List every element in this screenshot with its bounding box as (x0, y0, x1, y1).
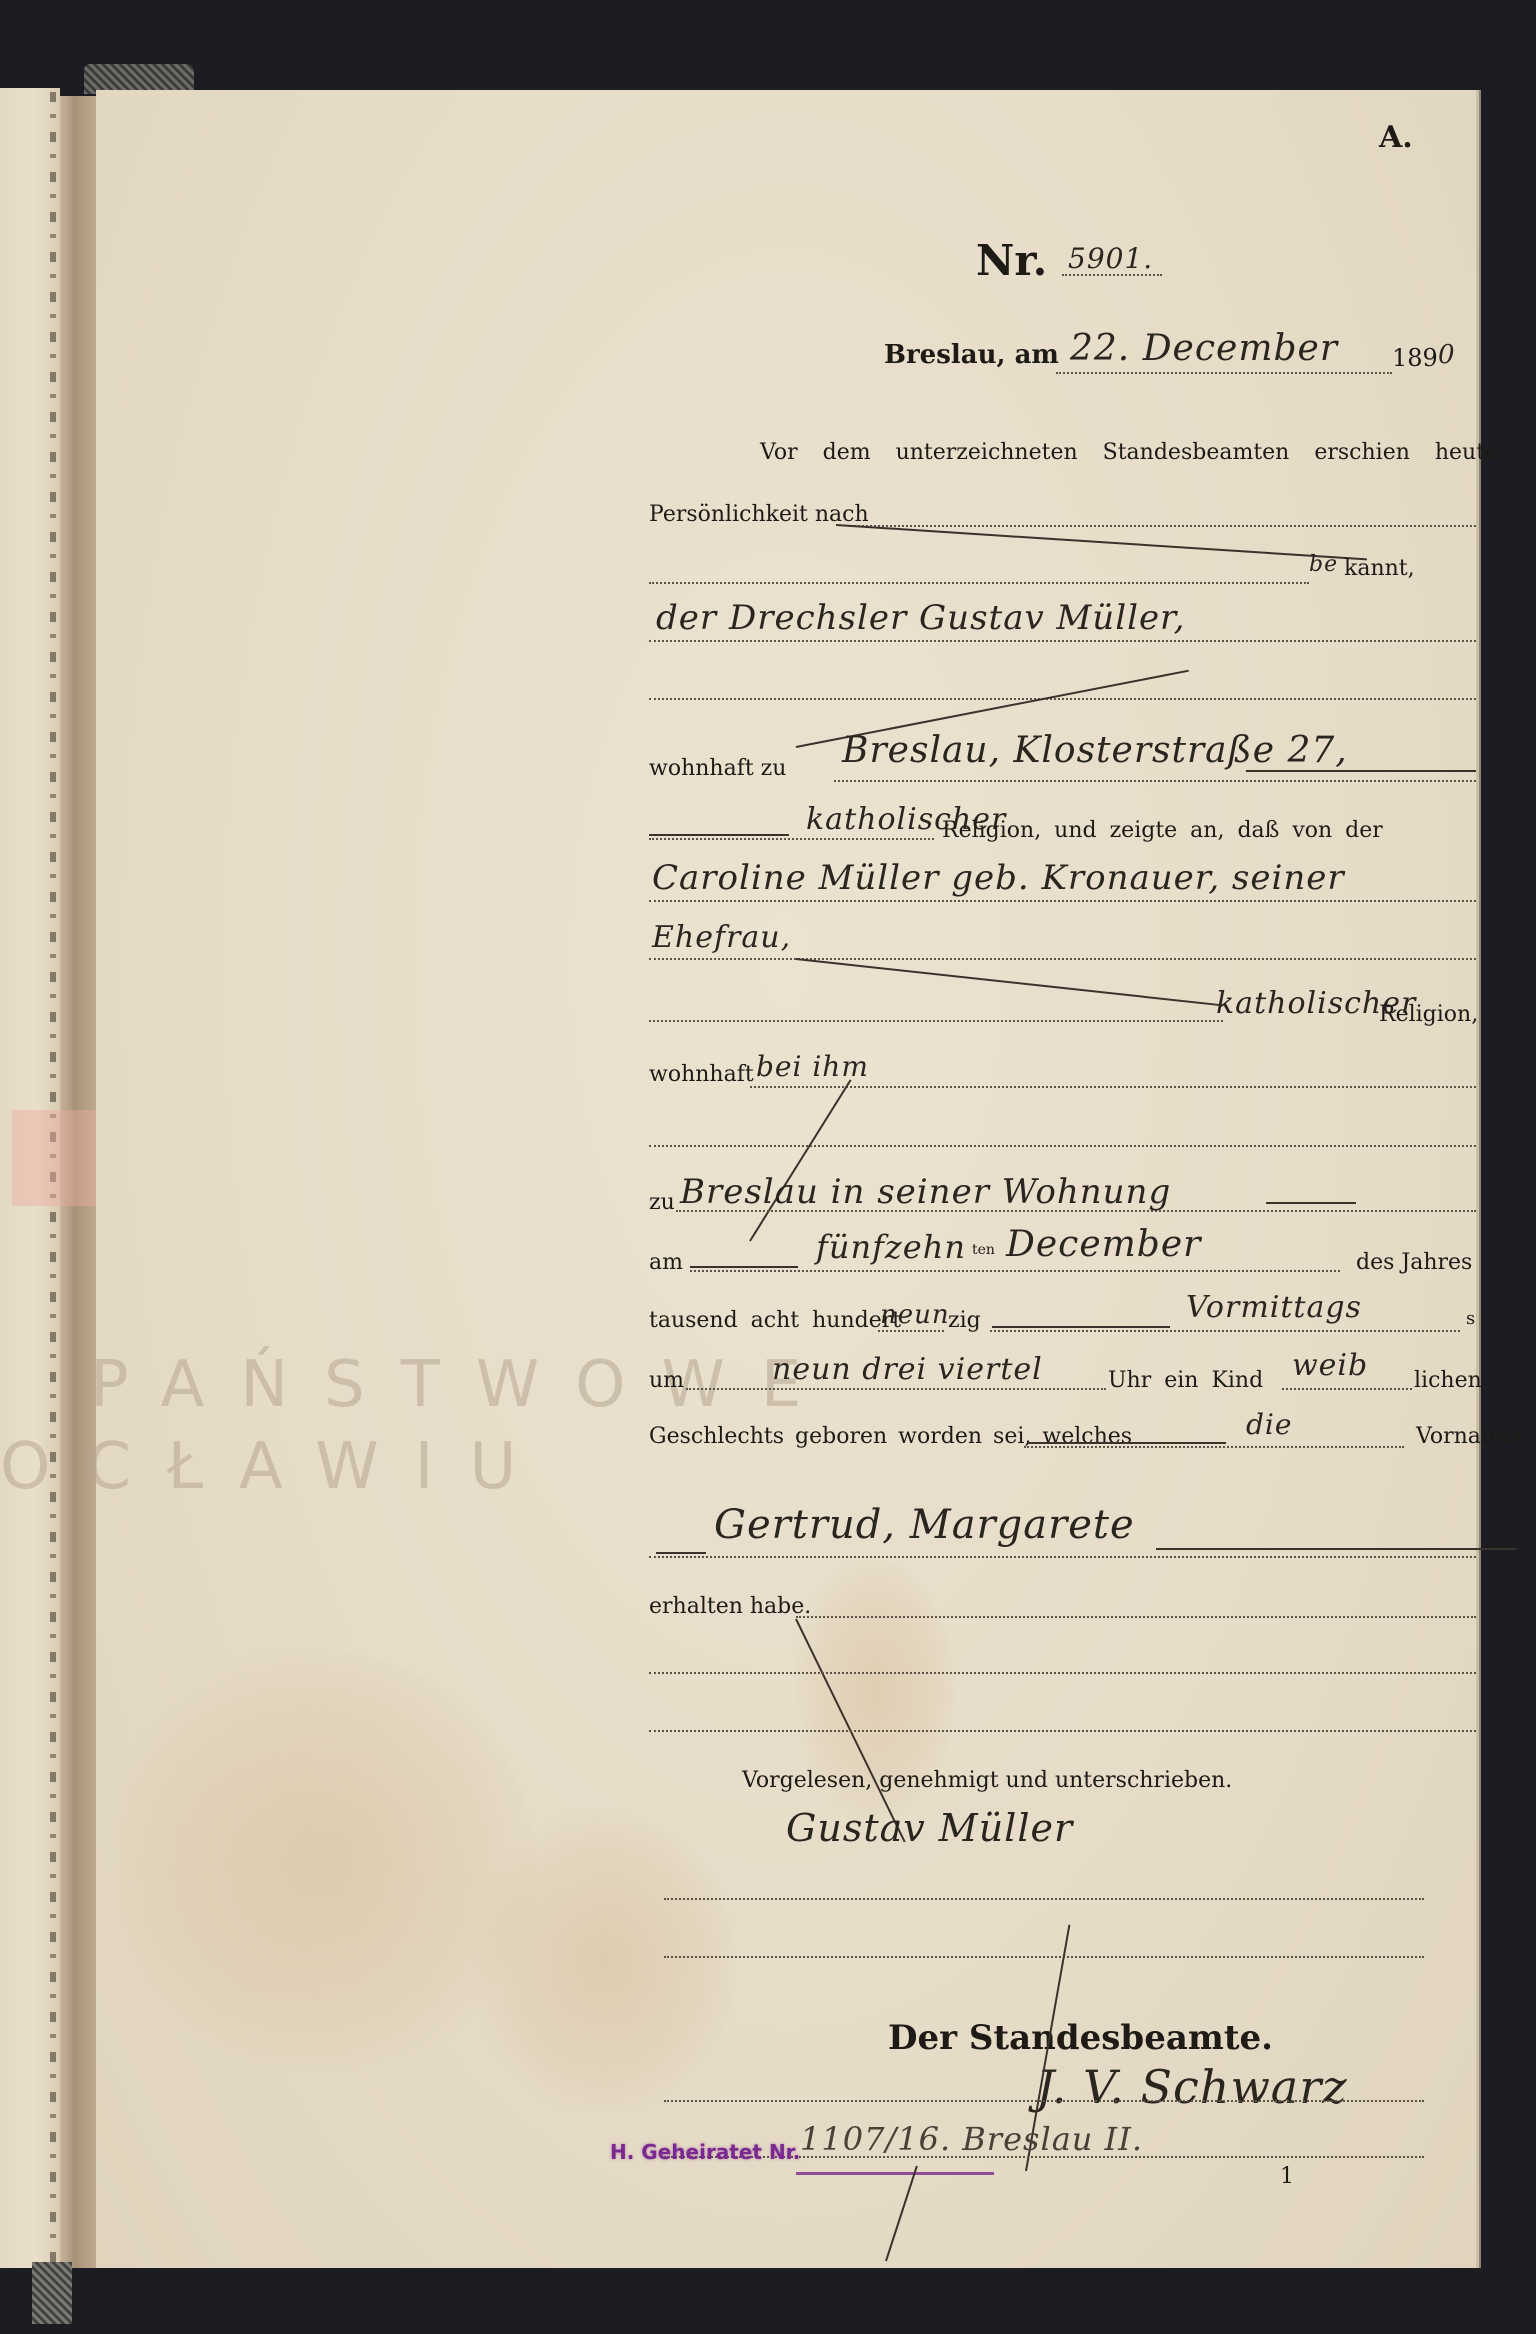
form-line-1: Vor dem unterzeichneten Standesbeamten e… (760, 440, 1536, 465)
print-tausend: tausend acht hundert (649, 1308, 901, 1333)
label-um: um (649, 1368, 684, 1393)
dotted-line (649, 1672, 1476, 1674)
fill-line (690, 1266, 798, 1268)
dotted-line (686, 1388, 1106, 1390)
registration-date: 22. December (1070, 328, 1338, 369)
fill-line (1028, 1442, 1226, 1444)
print-lichen: lichen (1414, 1368, 1482, 1393)
informant-address: Breslau, Klosterstraße 27, (842, 730, 1348, 771)
print-zig: zig (948, 1308, 981, 1333)
dotted-line (649, 1020, 1223, 1022)
birth-day: fünfzehn (816, 1228, 966, 1266)
label-am: am (649, 1250, 683, 1275)
year-prefix: 189 (1392, 344, 1438, 372)
page-number: 1 (1280, 2164, 1294, 2189)
form-line-6: Religion, und zeigte an, daß von der (942, 818, 1383, 843)
stamp-underline (796, 2172, 994, 2175)
suffix-ten: ten (972, 1242, 995, 1258)
fill-line (1156, 1548, 1516, 1550)
mother-relation: Ehefrau, (652, 920, 791, 955)
print-erhalten-habe: erhalten habe. (649, 1594, 811, 1619)
place-label: Breslau, am (884, 340, 1059, 370)
dotted-line (664, 2100, 1424, 2102)
dotted-line (690, 1270, 1340, 1272)
form-letter: A. (1379, 120, 1413, 155)
print-religion: Religion, (1379, 1002, 1478, 1027)
fill-line (656, 1552, 706, 1554)
fill-line (1266, 1202, 1356, 1204)
number-label: Nr. (976, 236, 1047, 285)
informant-name: der Drechsler Gustav Müller, (656, 598, 1185, 638)
fill-line (649, 834, 789, 836)
label-wohnhaft: wohnhaft (649, 1062, 754, 1087)
dotted-line (1282, 1388, 1412, 1390)
dotted-line (649, 640, 1476, 642)
fill-line (992, 1326, 1170, 1328)
dotted-line (649, 838, 934, 840)
dotted-line (1024, 1446, 1404, 1448)
print-s: s (1466, 1308, 1475, 1329)
fill-line (1246, 770, 1476, 772)
archive-watermark-line1: PAŃSTWOWE (90, 1348, 837, 1422)
marriage-stamp-label: H. Geheiratet Nr. (610, 2140, 800, 2164)
marriage-reference: 1107/16. Breslau II. (800, 2120, 1143, 2158)
dotted-line (649, 698, 1476, 700)
time-of-day: Vormittags (1186, 1290, 1362, 1325)
dotted-line (1056, 372, 1392, 374)
birth-month: December (1006, 1224, 1201, 1265)
dotted-line (750, 1086, 1476, 1088)
dotted-line (649, 1145, 1476, 1147)
registrar-signature: J. V. Schwarz (1036, 2060, 1347, 2114)
dotted-line (990, 1330, 1460, 1332)
dotted-line (649, 1730, 1476, 1732)
birth-place: Breslau in seiner Wohnung (680, 1172, 1171, 1212)
dotted-line (796, 1616, 1476, 1618)
mother-residence: bei ihm (756, 1050, 869, 1083)
hand-die: die (1246, 1408, 1292, 1441)
pen-stroke (885, 2166, 918, 2262)
informant-signature: Gustav Müller (786, 1806, 1073, 1850)
dotted-line (878, 1330, 944, 1332)
register-number: 5901. (1068, 242, 1153, 275)
register-page: PAŃSTWOWE OCŁAWIU A. Nr. 5901. Breslau, … (96, 90, 1476, 2268)
archive-watermark-line2: OCŁAWIU (0, 1430, 552, 1504)
birth-time: neun drei viertel (772, 1352, 1043, 1387)
child-given-names: Gertrud, Margarete (714, 1502, 1135, 1548)
dotted-line (664, 1956, 1424, 1958)
year-suffix: 0 (1438, 340, 1456, 370)
label-zu: zu (649, 1190, 675, 1215)
print-vornamen: Vornamen (1416, 1424, 1529, 1449)
birth-year-decade: neun (880, 1300, 950, 1330)
dotted-line (649, 582, 1309, 584)
binding-cloth-bottom (32, 2262, 72, 2324)
water-stain (476, 1810, 736, 2110)
dotted-line (834, 780, 1476, 782)
print-kannt: kannt, (1344, 556, 1415, 581)
watermark-color-patch (12, 1110, 102, 1206)
mother-name: Caroline Müller geb. Kronauer, seiner (652, 858, 1345, 898)
print-des-jahres: des Jahres (1356, 1250, 1472, 1275)
strike-line (749, 1079, 851, 1241)
dotted-line (649, 958, 1476, 960)
read-approved-signed: Vorgelesen, genehmigt und unterschrieben… (742, 1768, 1232, 1793)
child-sex: weib (1292, 1348, 1368, 1383)
label-wohnhaft-zu: wohnhaft zu (649, 756, 786, 781)
hand-be: be (1309, 552, 1338, 577)
print-uhr-ein-kind: Uhr ein Kind (1108, 1368, 1263, 1393)
strike-line (796, 958, 1224, 1006)
dotted-line (854, 525, 1476, 527)
dotted-line (649, 1556, 1476, 1558)
dotted-line (649, 900, 1476, 902)
dotted-line (664, 1898, 1424, 1900)
registrar-title: Der Standesbeamte. (888, 2018, 1273, 2058)
strike-line (836, 524, 1367, 560)
water-stain (116, 1650, 536, 2070)
